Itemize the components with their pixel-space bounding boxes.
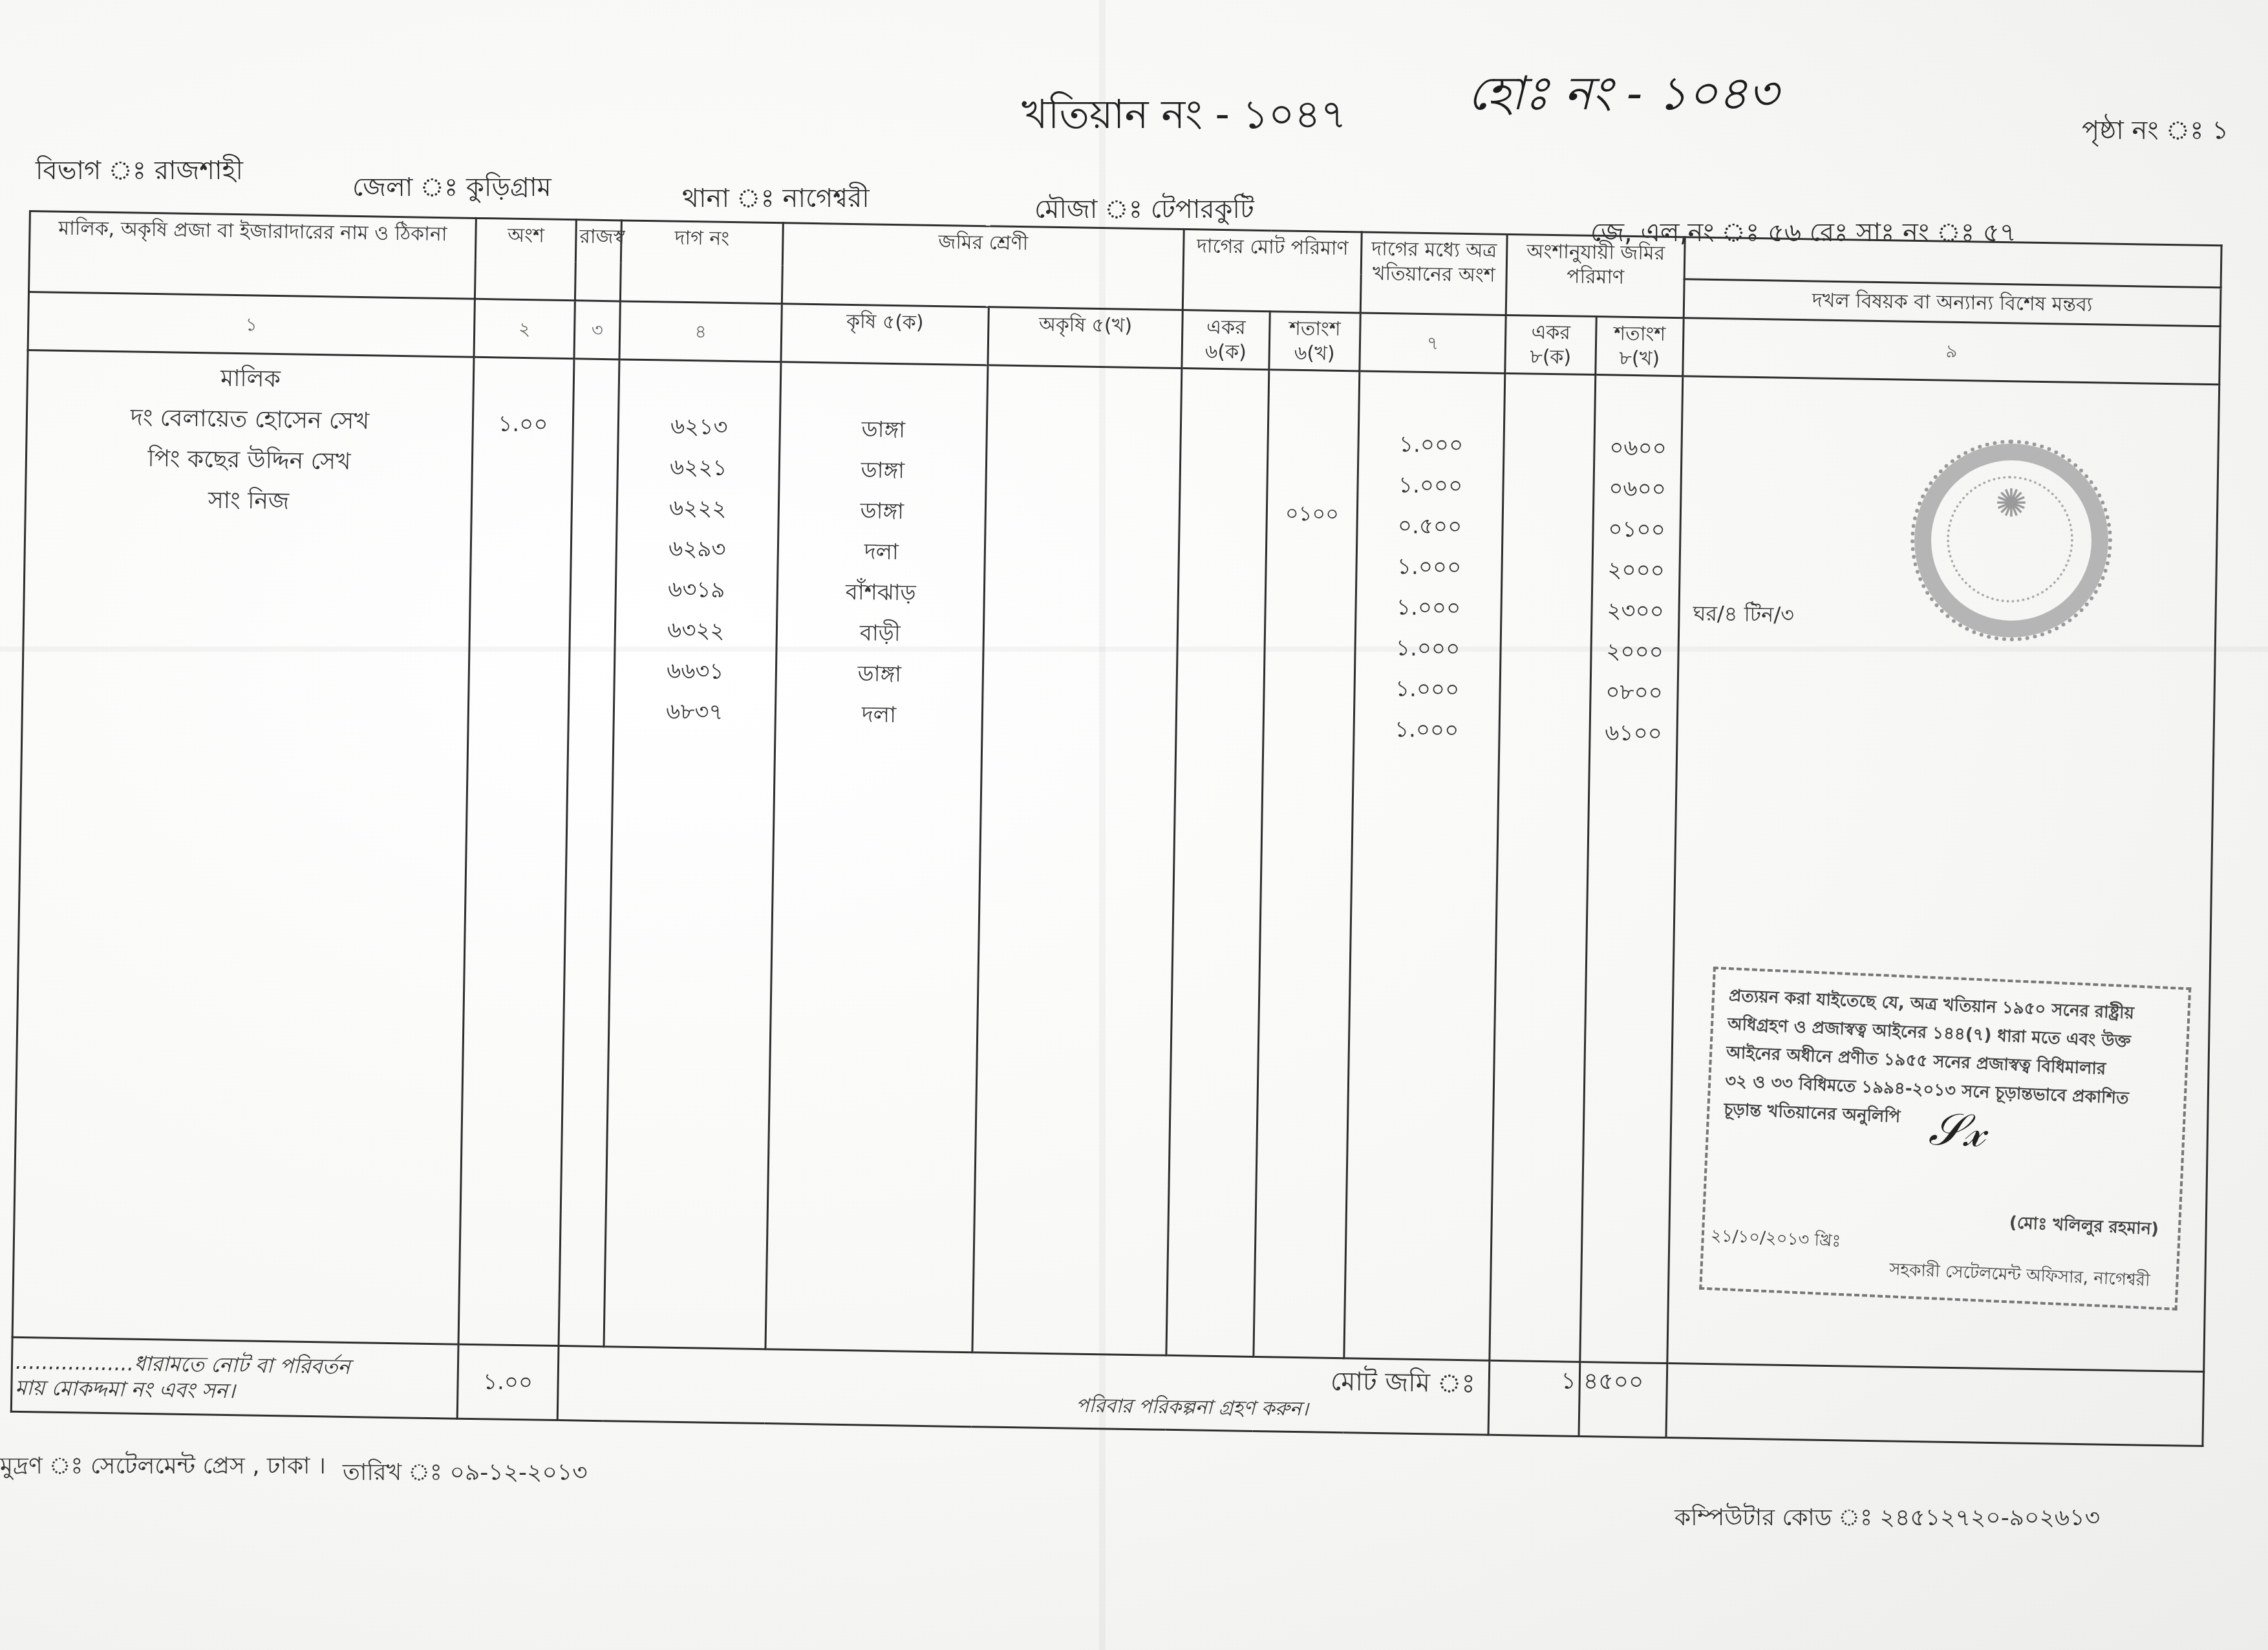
land-decimal: ২০০০ (1594, 631, 1675, 673)
family-planning-slogan: পরিবার পরিকল্পনা গ্রহণ করুন। (1076, 1394, 1309, 1422)
non-agri-cell (972, 365, 1182, 1356)
acre-6k-cell (1166, 369, 1269, 1357)
khatian-share-cell: ১.০০০ ১.০০০ ০.৫০০ ১.০০০ ১.০০০ ১.০০০ ১.০০… (1344, 371, 1505, 1360)
khatian-share: ০.৫০০ (1360, 505, 1499, 548)
land-decimal: ০৬০০ (1598, 427, 1678, 469)
khatian-share: ১.০০০ (1359, 586, 1498, 629)
land-class: বাঁশঝাড় (780, 571, 981, 615)
header-revenue: রাজস্ব (575, 220, 621, 301)
header-owner: মালিক, অকৃষি প্রজা বা ইজারাদারের নাম ও ঠ… (29, 211, 476, 299)
land-decimal: ০৬০০ (1597, 468, 1678, 510)
owner-label: মালিক (30, 355, 470, 403)
dag-total-decimal: ০১০০ (1285, 501, 1340, 526)
division: বিভাগ ঃ রাজশাহী (36, 150, 243, 193)
khatian-share: ১.০০০ (1361, 464, 1500, 507)
officer-name: (মোঃ খলিলুর রহমান) (2009, 1208, 2159, 1243)
land-decimal: ২০০০ (1596, 550, 1676, 592)
header-share: অংশ (475, 218, 576, 300)
note-cell: ..................ধারামতে নোট বা পরিবর্ত… (11, 1337, 458, 1419)
decimal-8kh-cell: ০৬০০ ০৬০০ ০১০০ ২০০০ ২৩০০ ২০০০ ০৮০০ ৬১০০ (1580, 375, 1683, 1364)
stamp-date: ২১/১০/২০১৩ খ্রিঃ (1710, 1221, 1841, 1256)
total-remarks (1666, 1364, 2204, 1446)
col-number-7: ৭ (1360, 313, 1506, 374)
total-decimal: ৪৫০০ (1579, 1362, 1667, 1437)
page-number: পৃষ্ঠা নং ঃ ১ (2082, 110, 2229, 153)
seal-emblem-icon: ✺ (1914, 481, 2108, 526)
land-class: বাড়ী (780, 612, 980, 656)
land-decimal: ০৮০০ (1594, 672, 1674, 714)
khatian-share: ১.০০০ (1362, 423, 1501, 466)
header-dag-total: দাগের মোট পরিমাণ (1182, 230, 1362, 313)
header-acre-6k: একর ৬(ক) (1182, 310, 1270, 370)
total-land-label: মোট জমি ঃ (1331, 1366, 1476, 1400)
acre-8k-cell (1490, 373, 1596, 1362)
dag-number: ৬৩১৯ (619, 568, 774, 612)
land-class: ডাঙ্গা (782, 489, 982, 533)
remark-entry: ঘর/৪ টিন/৩ (1693, 601, 1794, 628)
dag-number: ৬৩২২ (618, 609, 773, 652)
owner-father: পিং কছের উদ্দিন সেখ (30, 436, 469, 484)
land-class: ডাঙ্গা (779, 652, 979, 696)
khatian-share: ১.০০০ (1358, 668, 1497, 711)
certification-stamp: প্রত্যয়ন করা যাইতেছে যে, অত্র খতিয়ান ১… (1699, 967, 2191, 1311)
khatian-title: খতিয়ান নং - ১০৪৭ (1022, 84, 1347, 151)
col-number-3: ৩ (574, 301, 620, 359)
col-number-9: ৯ (1683, 318, 2220, 385)
land-class: ডাঙ্গা (783, 408, 983, 452)
thana: থানা ঃ নাগেশ্বরী (682, 178, 870, 221)
header-land-by-share: অংশানুযায়ী জমির পরিমাণ (1506, 234, 1685, 317)
header-acre-8k: একর ৮(ক) (1505, 315, 1596, 374)
land-decimal: ২৩০০ (1595, 590, 1676, 632)
header-decimal-6kh: শতাংশ ৬(খ) (1269, 312, 1360, 371)
officer-office: সহকারী সেটেলমেন্ট অফিসার, নাগেশ্বরী (1888, 1255, 2150, 1295)
dag-number: ৬২২১ (621, 446, 776, 489)
land-decimal: ০১০০ (1596, 509, 1677, 551)
khatian-share: ১.০০০ (1360, 546, 1499, 588)
district: জেলা ঃ কুড়িগ্রাম (352, 167, 551, 210)
col-number-2: ২ (474, 299, 575, 358)
dag-number: ৬২২২ (620, 487, 775, 530)
land-class: দলা (781, 530, 981, 574)
print-date: তারিখ ঃ ০৯-১২-২০১৩ (343, 1455, 588, 1494)
decimal-6kh-cell: ০১০০ (1254, 370, 1360, 1358)
dag-number: ৬২৯৩ (619, 528, 775, 571)
land-class-cell: ডাঙ্গা ডাঙ্গা ডাঙ্গা দলা বাঁশঝাড় বাড়ী … (765, 362, 988, 1353)
land-decimal: ৬১০০ (1593, 712, 1674, 755)
header-agri: কৃষি ৫(ক) (781, 304, 989, 365)
dag-cell: ৬২১৩ ৬২২১ ৬২২২ ৬২৯৩ ৬৩১৯ ৬৩২২ ৬৬৩১ ৬৮৩৭ (604, 359, 781, 1349)
owner-name: দং বেলায়েত হোসেন সেখ (30, 396, 470, 444)
khatian-document: খতিয়ান নং - ১০৪৭ হোঃ নং - ১০৪৩ পৃষ্ঠা ন… (0, 0, 2268, 1650)
dag-number: ৬২১৩ (621, 405, 776, 449)
header-decimal-8kh: শতাংশ ৮(খ) (1596, 317, 1684, 376)
share-value: ১.০০ (498, 411, 548, 437)
col-number-4: ৪ (619, 301, 782, 362)
col-number-1: ১ (28, 292, 475, 358)
owner-cell: মালিক দং বেলায়েত হোসেন সেখ পিং কছের উদ্… (12, 350, 474, 1344)
header-land-class: জমির শ্রেণী (782, 223, 1184, 310)
land-class: ডাঙ্গা (782, 449, 983, 493)
header-non-agri: অকৃষি ৫(খ) (988, 307, 1182, 369)
land-class: দলা (778, 693, 979, 737)
office-seal: ✺ (1910, 440, 2112, 641)
total-share: ১.০০ (457, 1344, 559, 1420)
handwritten-note: হোঃ নং - ১০৪৩ (1468, 58, 1778, 136)
header-dag-no: দাগ নং (620, 220, 783, 304)
header-khatian-share: দাগের মধ্যে অত্র খতিয়ানের অংশ (1360, 232, 1507, 316)
total-acre: ১ (1488, 1360, 1580, 1436)
officer-signature: 𝒮𝓍 (1928, 1115, 1985, 1146)
total-label-cell: মোট জমি ঃ পরিবার পরিকল্পনা গ্রহণ করুন। (557, 1346, 1490, 1435)
khatian-share: ১.০০০ (1357, 709, 1496, 751)
khatian-share: ১.০০০ (1358, 627, 1497, 670)
mouza: মৌজা ঃ টেপারকুটি (1034, 189, 1254, 232)
computer-code: কম্পিউটার কোড ঃ ২৪৫১২৭২০-৯০২৬১৩ (1674, 1500, 2100, 1539)
printer-info: মুদ্রণ ঃ সেটেলমেন্ট প্রেস , ঢাকা । (0, 1448, 326, 1487)
dag-number: ৬৮৩৭ (617, 691, 772, 734)
owner-address: সাং নিজ (29, 477, 469, 525)
dag-number: ৬৬৩১ (617, 650, 773, 693)
share-cell: ১.০০ (458, 357, 574, 1345)
